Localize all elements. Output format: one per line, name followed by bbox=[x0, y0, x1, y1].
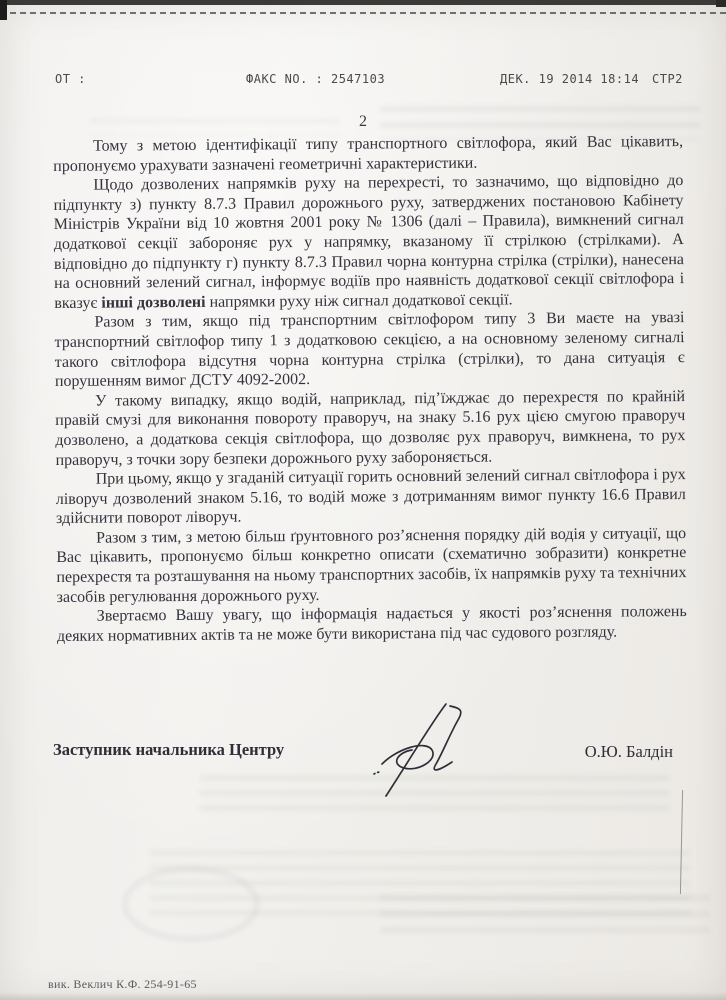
perforation-line bbox=[0, 12, 726, 14]
executor-footer-note: вик. Веклич К.Ф. 254-91-65 bbox=[48, 977, 197, 992]
bleed-through-smudge bbox=[380, 895, 710, 940]
scanner-edge-strip bbox=[0, 0, 726, 5]
paragraph: Звертаємо Вашу увагу, що інформація нада… bbox=[57, 602, 687, 646]
paragraph: Разом з тим, з метою більш ґрунтовного р… bbox=[56, 524, 687, 607]
fax-header: ОТ : ФАКС NO. : 2547103 ДЕК. 19 2014 18:… bbox=[0, 72, 726, 88]
paragraph-text: У такому випадку, якщо водій, наприклад,… bbox=[55, 388, 685, 469]
paragraph-text: Разом з тим, з метою більш ґрунтовного р… bbox=[56, 525, 686, 606]
paragraph: При цьому, якщо у згаданій ситуації гори… bbox=[56, 465, 686, 529]
fax-datetime: ДЕК. 19 2014 18:14 bbox=[500, 72, 639, 86]
paragraph: Разом з тим, якщо під транспортним світл… bbox=[54, 308, 685, 391]
scan-bottom-shade bbox=[0, 992, 726, 1000]
paragraph-text: напрямки руху ніж сигнал додаткової секц… bbox=[205, 291, 512, 310]
page-number: 2 bbox=[0, 113, 726, 131]
signer-title: Заступник начальника Центру bbox=[53, 740, 284, 760]
handwritten-signature bbox=[368, 698, 488, 803]
paragraph-text: Тому з метою ідентифікації типу транспор… bbox=[53, 133, 683, 175]
fax-from-label: ОТ : bbox=[55, 72, 86, 86]
scanned-fax-page: ОТ : ФАКС NO. : 2547103 ДЕК. 19 2014 18:… bbox=[0, 0, 726, 1000]
document-body: Тому з метою ідентифікації типу транспор… bbox=[53, 132, 687, 646]
fax-number: ФАКС NO. : 2547103 bbox=[246, 72, 385, 86]
scan-artifact-line bbox=[680, 790, 683, 894]
fax-page-label: СТР2 bbox=[652, 72, 683, 86]
paragraph: Тому з метою ідентифікації типу транспор… bbox=[53, 132, 683, 176]
paragraph-text: Разом з тим, якщо під транспортним світл… bbox=[55, 309, 685, 390]
paragraph: У такому випадку, якщо водій, наприклад,… bbox=[55, 387, 686, 470]
scan-corner-mark bbox=[716, 0, 726, 7]
signer-name: О.Ю. Балдін bbox=[585, 742, 673, 762]
faint-stamp-oval bbox=[122, 866, 260, 942]
paragraph-text: інші дозволені bbox=[101, 294, 205, 312]
paragraph-text: При цьому, якщо у згаданій ситуації гори… bbox=[56, 466, 686, 527]
paragraph-text: Звертаємо Вашу увагу, що інформація нада… bbox=[57, 603, 687, 645]
paragraph-text: Щодо дозволених напрямків руху на перехр… bbox=[53, 172, 684, 312]
paragraph: Щодо дозволених напрямків руху на перехр… bbox=[53, 171, 684, 313]
scan-corner-mark bbox=[0, 0, 7, 20]
